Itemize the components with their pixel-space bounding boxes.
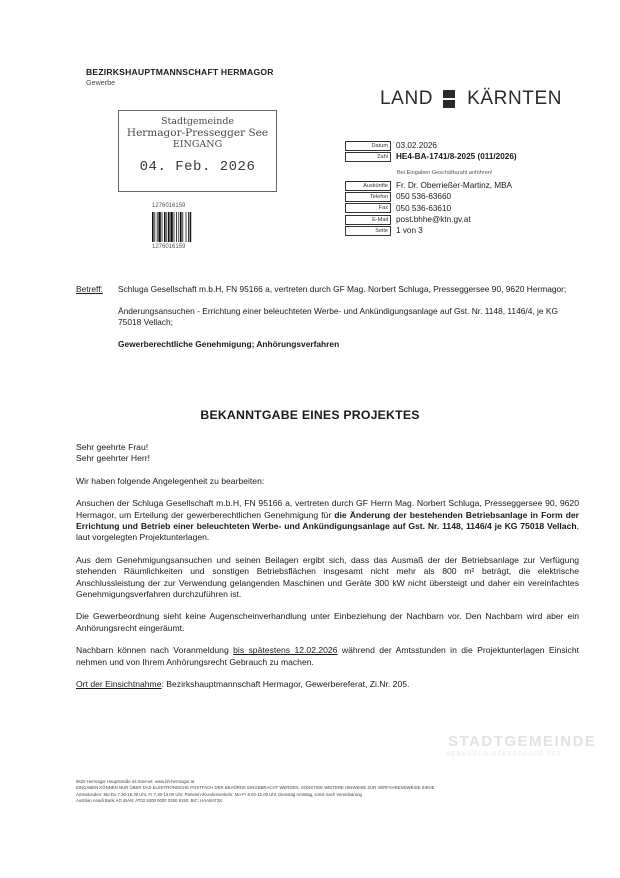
stamp-eingang: EINGANG	[119, 139, 276, 150]
logo-mark-icon	[443, 90, 455, 108]
inspection-deadline-paragraph: Nachbarn können nach Voranmeldung bis sp…	[76, 645, 579, 668]
info-label: Auskünfte	[345, 181, 391, 191]
subject-line-applicant: Schluga Gesellschaft m.b.H, FN 95166 a, …	[118, 284, 573, 296]
info-value: 03.02.2026	[391, 141, 437, 150]
info-value: Fr. Dr. Oberrießer-Martinz, MBA	[391, 181, 512, 190]
inspection-location-paragraph: Ort der Einsichtnahme: Bezirkshauptmanns…	[76, 679, 579, 690]
info-value: 1 von 3	[391, 226, 423, 235]
footer-bank: Austrian Anadi Bank AG IBAN: AT02 5200 0…	[76, 798, 576, 804]
logo-text-right: KÄRNTEN	[467, 88, 562, 110]
application-paragraph: Ansuchen der Schluga Gesellschaft m.b.H,…	[76, 498, 579, 543]
stamp-code: 1276016159	[152, 203, 185, 209]
info-row-email: E-Mail post.bhhe@ktn.gv.at	[345, 214, 512, 225]
watermark-stamp-sub: HERMAGOR-PRESSEGGER SEE	[446, 752, 562, 758]
info-row-fax: Fax 050 536-63610	[345, 203, 512, 214]
info-label: Fax	[345, 203, 391, 213]
subject-label: Betreff:	[76, 284, 103, 294]
barcode-icon	[152, 212, 206, 242]
subject-line-application: Änderungsansuchen - Errichtung einer bel…	[118, 306, 573, 329]
reference-info-block: Datum 03.02.2026 Zahl HE4-BA-1741/8-2025…	[345, 140, 517, 163]
deadline-date: bis spätestens 12.02.2026	[233, 645, 337, 655]
subject-line-procedure: Gewerberechtliche Genehmigung; Anhörungs…	[118, 339, 573, 351]
info-label: Datum	[345, 141, 391, 151]
info-row-number: Zahl HE4-BA-1741/8-2025 (011/2026)	[345, 151, 517, 162]
receipt-stamp: Stadtgemeinde Hermagor-Pressegger See EI…	[118, 110, 277, 192]
contact-info-block: Auskünfte Fr. Dr. Oberrießer-Martinz, MB…	[345, 180, 512, 236]
info-value: 050 536-63660	[391, 192, 451, 201]
email-link[interactable]: post.bhhe@ktn.gv.at	[391, 215, 471, 224]
land-kaernten-logo: LAND KÄRNTEN	[380, 88, 562, 110]
info-row-page: Seite 1 von 3	[345, 225, 512, 236]
stamp-municipality-name: Hermagor-Pressegger See	[119, 127, 276, 139]
neighbors-hearing-paragraph: Die Gewerbeordnung sieht keine Augensche…	[76, 611, 579, 634]
intro-paragraph: Wir haben folgende Angelegenheit zu bear…	[76, 476, 579, 487]
stamp-municipality: Stadtgemeinde	[119, 116, 276, 127]
sender-authority: BEZIRKSHAUPTMANNSCHAFT HERMAGOR	[86, 67, 274, 77]
barcode-number: 1276016159	[152, 244, 185, 250]
letter-body: Sehr geehrte Frau! Sehr geehrter Herr! W…	[76, 442, 579, 702]
inspection-location-label: Ort der Einsichtnahme	[76, 679, 162, 689]
sender-department: Gewerbe	[86, 78, 115, 87]
deadline-text-start: Nachbarn können nach Voranmeldung	[76, 645, 233, 655]
document-title: BEKANNTGABE EINES PROJEKTES	[0, 408, 620, 422]
subject-block: Schluga Gesellschaft m.b.H, FN 95166 a, …	[118, 284, 573, 360]
info-value: HE4-BA-1741/8-2025 (011/2026)	[391, 152, 517, 161]
simplified-procedure-paragraph: Aus dem Genehmigungsansuchen und seinen …	[76, 555, 579, 600]
logo-text-left: LAND	[380, 88, 433, 110]
info-label: Seite	[345, 226, 391, 236]
info-label: E-Mail	[345, 215, 391, 225]
stamp-date: 04. Feb. 2026	[119, 159, 276, 175]
reference-note: Bei Eingaben Geschäftszahl anführen!	[397, 170, 492, 176]
info-row-date: Datum 03.02.2026	[345, 140, 517, 151]
salutation-female: Sehr geehrte Frau!	[76, 442, 579, 453]
info-row-contact: Auskünfte Fr. Dr. Oberrießer-Martinz, MB…	[345, 180, 512, 191]
info-label: Zahl	[345, 152, 391, 162]
info-value: 050 536-63610	[391, 204, 451, 213]
watermark-stamp: STADTGEMEINDE	[448, 733, 596, 750]
inspection-location-text: : Bezirkshauptmannschaft Hermagor, Gewer…	[162, 679, 410, 689]
info-row-phone: Telefon 050 536-63660	[345, 191, 512, 202]
info-label: Telefon	[345, 192, 391, 202]
footer: 9620 Hermagor Hauptstraße 44 Internet: w…	[76, 779, 576, 804]
salutation-male: Sehr geehrter Herr!	[76, 453, 579, 464]
